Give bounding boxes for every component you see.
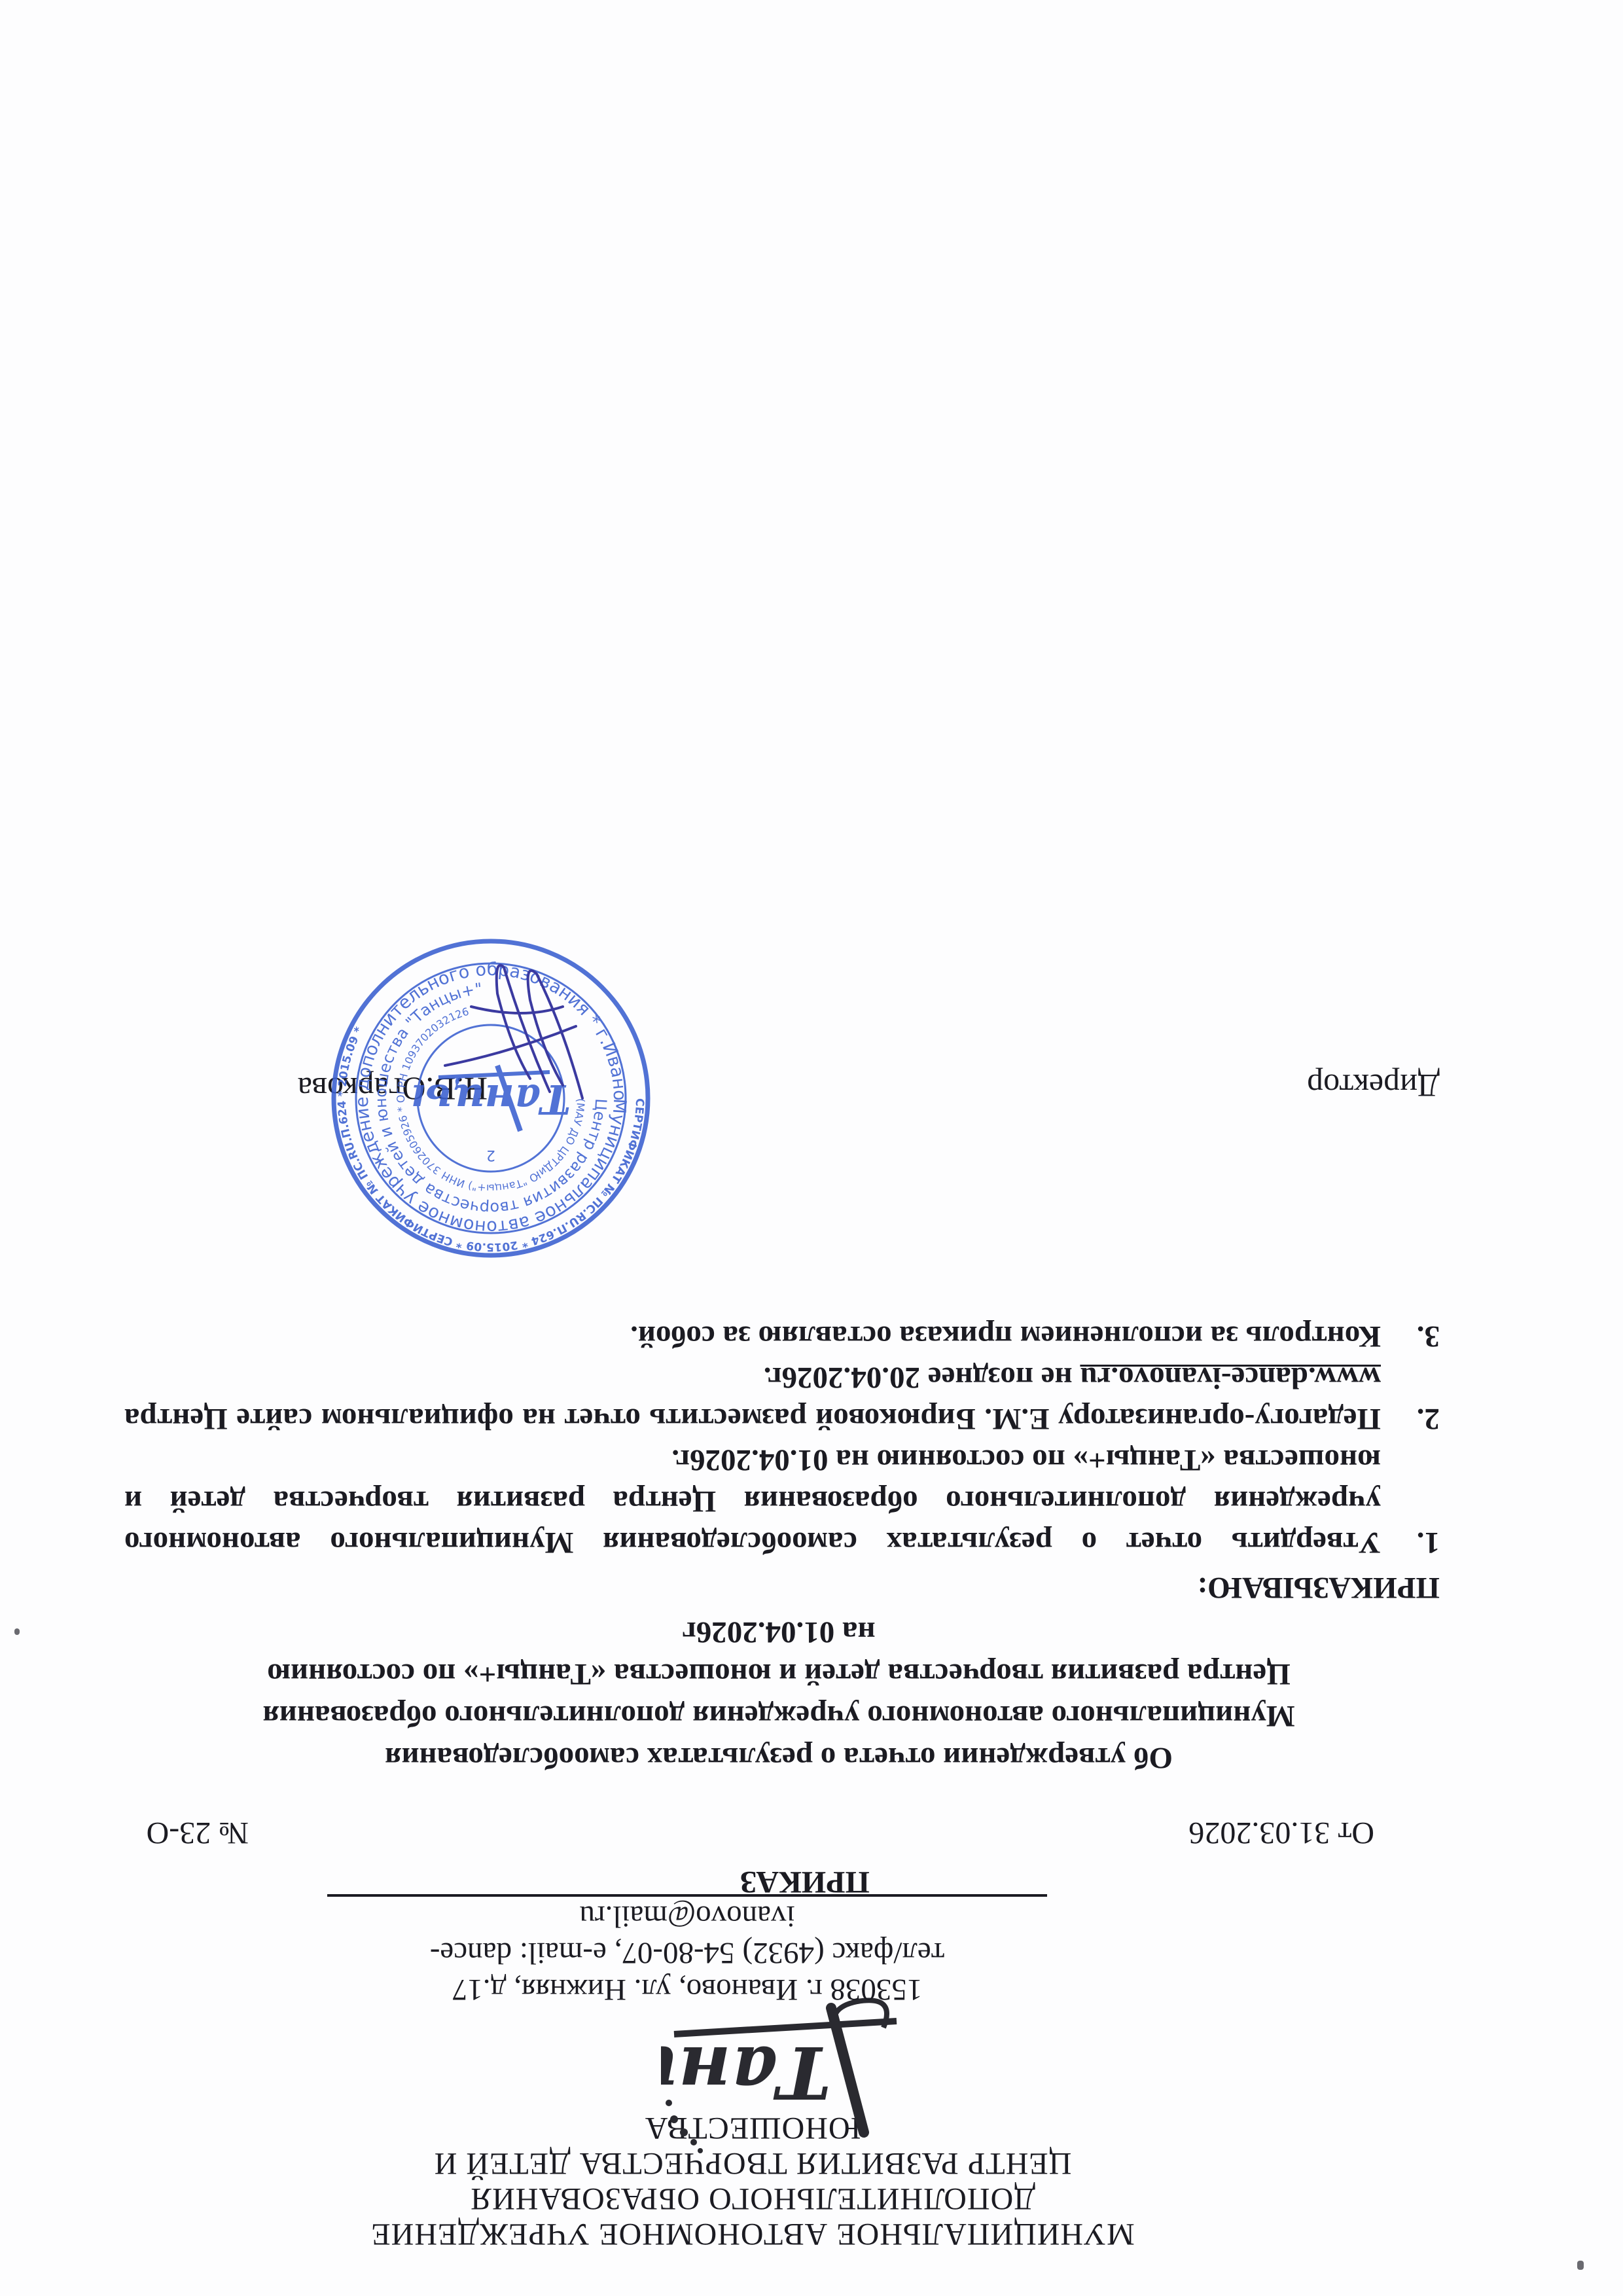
directive-heading: ПРИКАЗЫВАЮ: <box>1197 1570 1440 1605</box>
address-block: 153038 г. Иваново, ул. Нижняя, д.17 тел/… <box>327 1894 1047 2008</box>
handwritten-signature-icon <box>432 954 602 1105</box>
order-item: 1. Утвердить отчет о результатах самообс… <box>124 1439 1440 1563</box>
org-name-line-1: МУНИЦИПАЛЬНОЕ АВТОНОМНОЕ УЧРЕЖДЕНИЕ <box>327 2216 1178 2251</box>
svg-text:Танцы: Танцы <box>661 2030 831 2115</box>
postal-address: 153038 г. Иваново, ул. Нижняя, д.17 <box>327 1971 1047 2008</box>
item-text: Утвердить отчет о результатах самообслед… <box>124 1439 1381 1563</box>
order-subject: Об утверждении отчета о результатах само… <box>262 1611 1296 1779</box>
item-text-tail: не позднее 20.04.2026г. <box>764 1361 1080 1395</box>
document-page: МУНИЦИПАЛЬНОЕ АВТОНОМНОЕ УЧРЕЖДЕНИЕ ДОПО… <box>0 0 1623 2296</box>
subject-line-3: Центра развития творчества детей и юноше… <box>262 1611 1296 1695</box>
org-name-line-2: ДОПОЛНИТЕЛЬНОГО ОБРАЗОВАНИЯ <box>327 2181 1178 2216</box>
subject-line-2: Муниципального автономного учреждения до… <box>262 1695 1296 1737</box>
item-text: Контроль за исполнением приказа оставляю… <box>124 1316 1381 1357</box>
signatory-title: Директор <box>1307 1067 1440 1105</box>
subject-line-1: Об утверждении отчета о результатах само… <box>262 1737 1296 1779</box>
dance-logo-icon: Танцы <box>661 1995 910 2159</box>
order-number: № 23-О <box>147 1815 249 1851</box>
scan-artifact <box>14 1628 20 1635</box>
order-item: 2. Педагогу-организатору Е.М. Бирюковой … <box>124 1357 1440 1439</box>
item-text-container: Педагогу-организатору Е.М. Бирюковой раз… <box>124 1357 1381 1439</box>
order-title: ПРИКАЗ <box>707 1864 903 1900</box>
order-item: 3. Контроль за исполнением приказа остав… <box>124 1316 1440 1357</box>
scan-artifact <box>1577 2261 1584 2270</box>
svg-text:2: 2 <box>486 1147 495 1163</box>
order-date: От 31.03.2026 <box>1188 1815 1374 1851</box>
website-link[interactable]: www.dance-ivanovo.ru <box>1080 1361 1381 1395</box>
item-text: Педагогу-организатору Е.М. Бирюковой раз… <box>124 1402 1381 1436</box>
item-number: 1. <box>1381 1439 1440 1563</box>
order-items-list: 1. Утвердить отчет о результатах самообс… <box>124 1316 1440 1563</box>
contacts-line: тел/факс (4932) 54-80-07, е-mail: dance-… <box>327 1894 1047 1971</box>
item-number: 2. <box>1381 1357 1440 1439</box>
item-number: 3. <box>1381 1316 1440 1357</box>
